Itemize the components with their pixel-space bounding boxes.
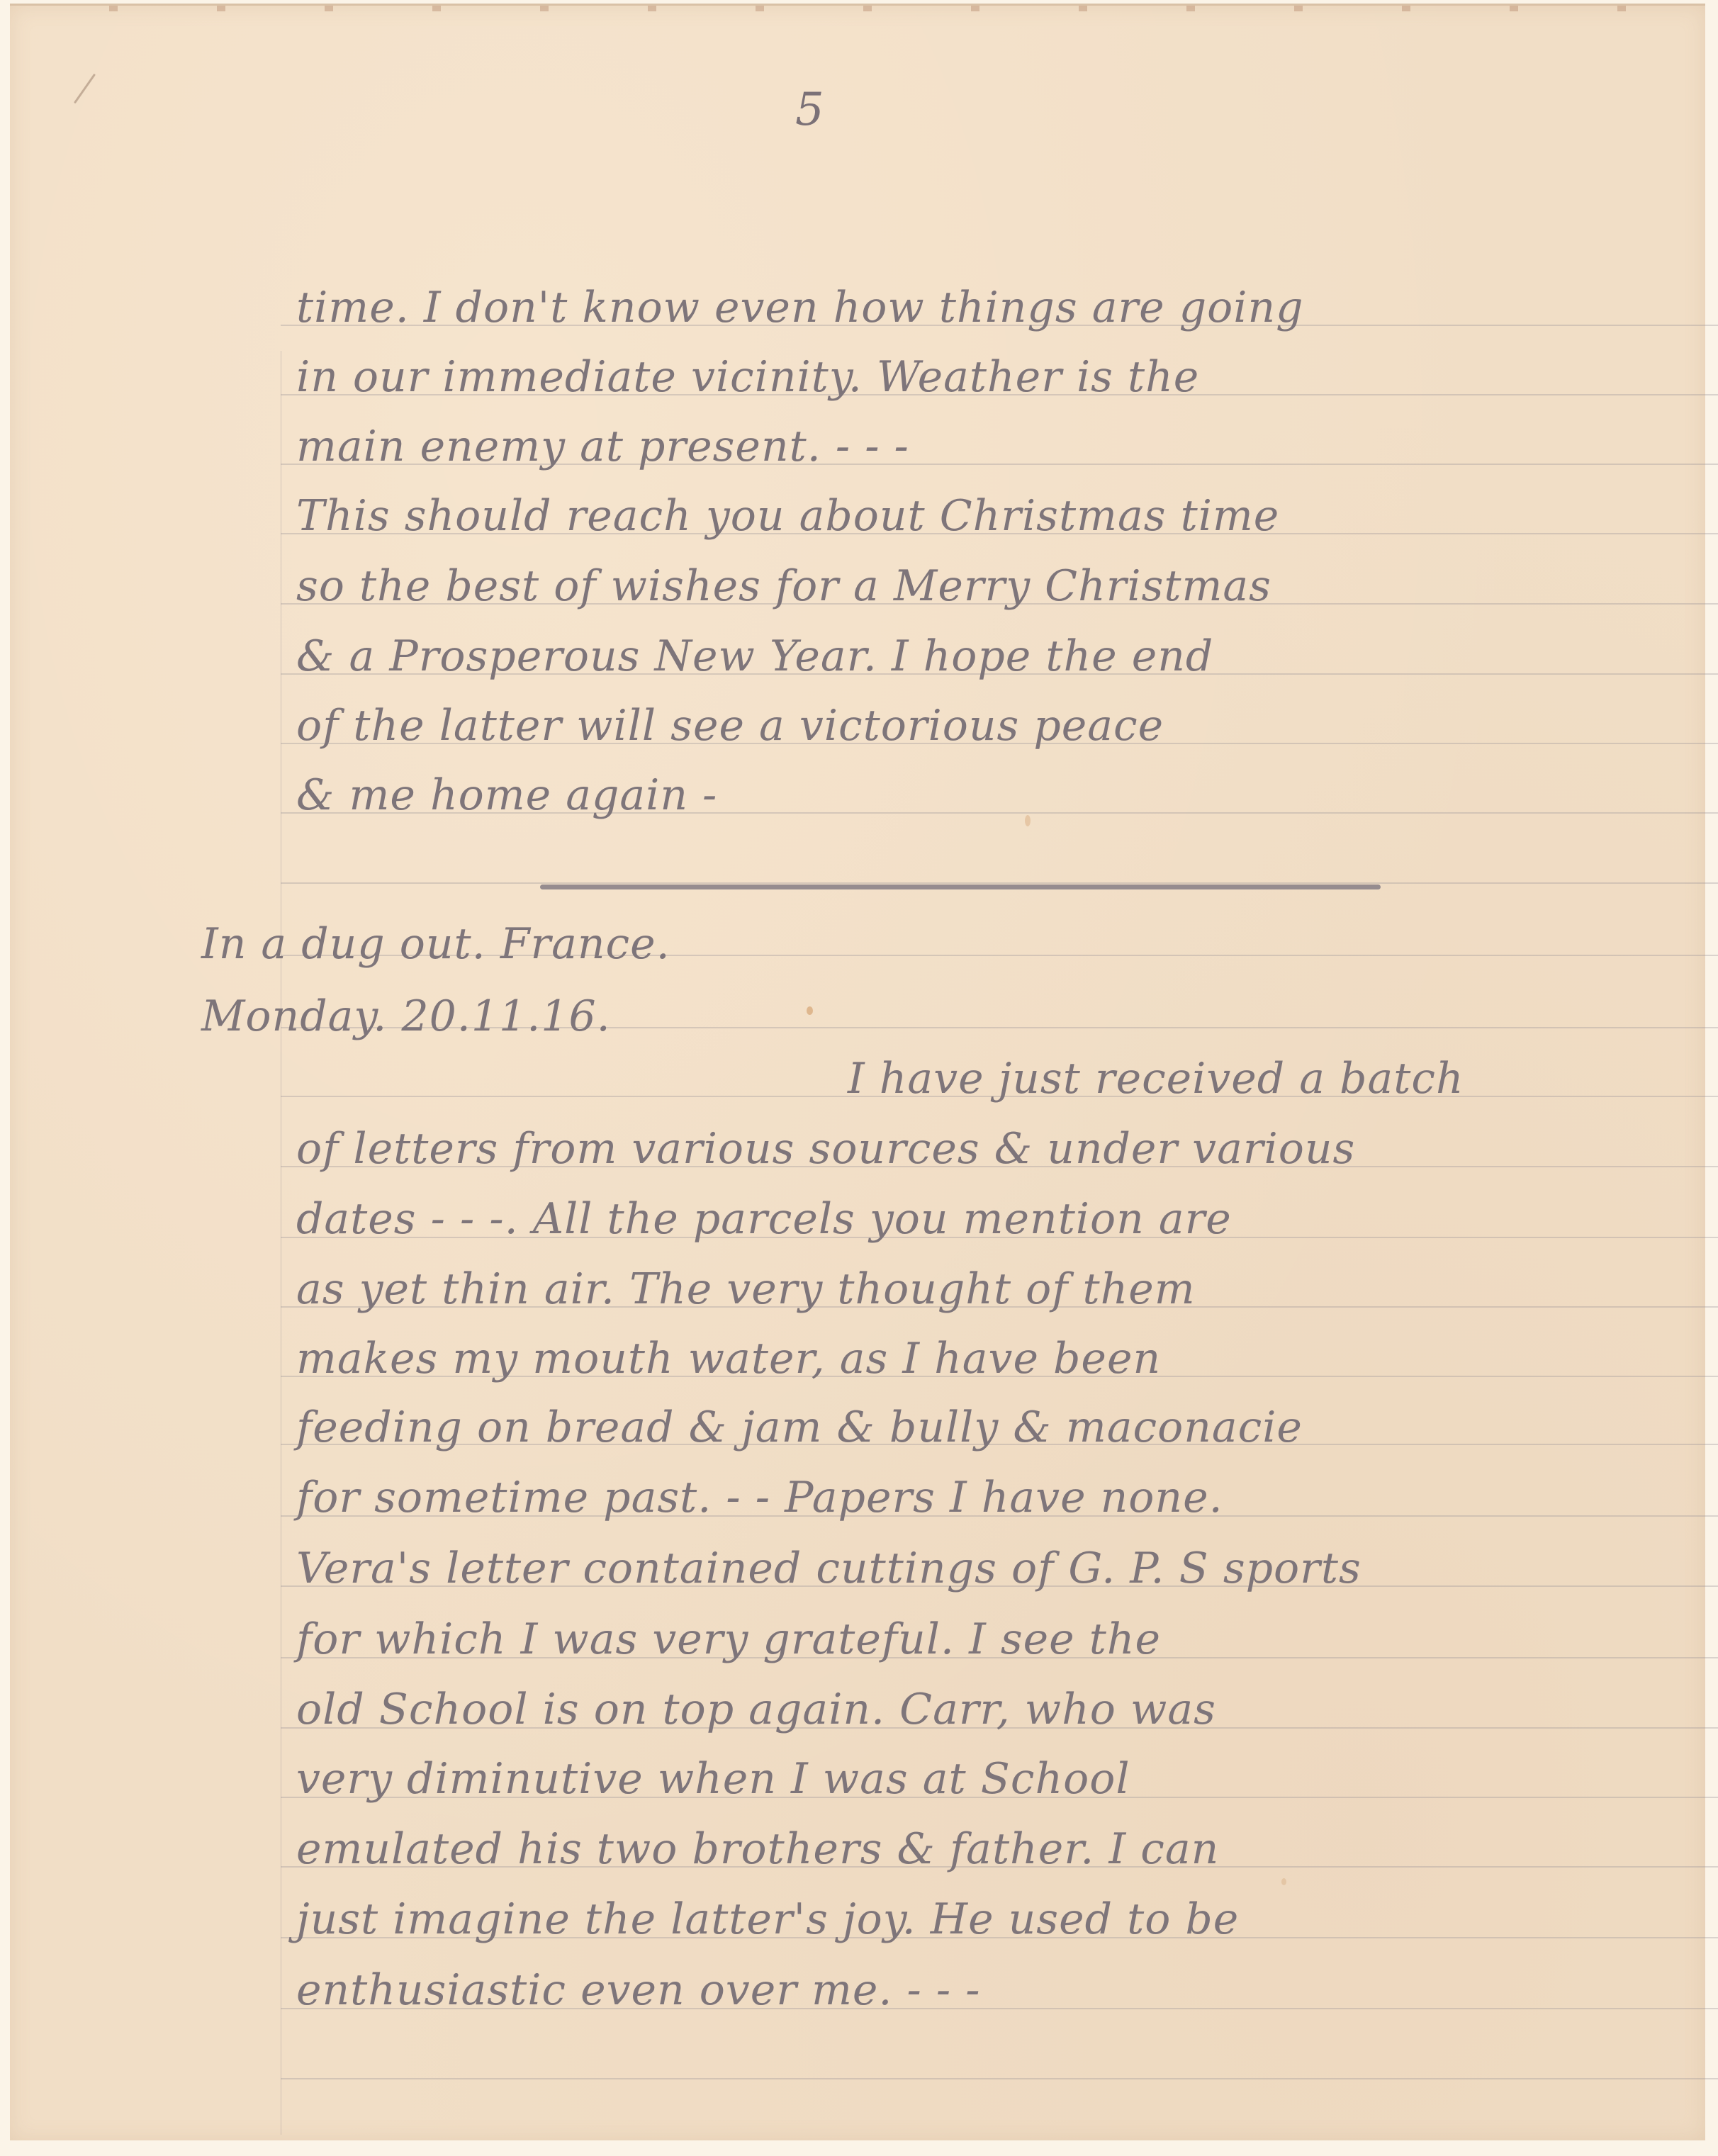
letter-line: dates - - -. All the parcels you mention…	[296, 1198, 1232, 1240]
entry-location: In a dug out. France.	[201, 923, 670, 965]
ink-stain	[1025, 815, 1031, 826]
letter-line: enthusiastic even over me. - - -	[296, 1969, 981, 2011]
page-number: 5	[795, 84, 824, 136]
entry-opening-line: I have just received a batch	[848, 1057, 1464, 1100]
letter-line: & me home again -	[296, 774, 717, 816]
ruled-line	[281, 2078, 1718, 2079]
letter-line: very diminutive when I was at School	[296, 1758, 1130, 1800]
letter-line: feeding on bread & jam & bully & maconac…	[296, 1406, 1303, 1449]
letter-line: for sometime past. - - Papers I have non…	[296, 1476, 1223, 1519]
letter-line: makes my mouth water, as I have been	[296, 1337, 1161, 1380]
letter-line: so the best of wishes for a Merry Christ…	[296, 565, 1271, 607]
section-divider	[540, 885, 1381, 889]
letter-line: This should reach you about Christmas ti…	[296, 495, 1279, 537]
letter-line: just imagine the latter's joy. He used t…	[296, 1898, 1239, 1941]
letter-line: & a Prosperous New Year. I hope the end	[296, 635, 1213, 678]
letter-line: emulated his two brothers & father. I ca…	[296, 1828, 1219, 1870]
letter-line: for which I was very grateful. I see the	[296, 1618, 1161, 1661]
ruled-line	[281, 882, 1718, 884]
letter-line: in our immediate vicinity. Weather is th…	[296, 356, 1199, 398]
paper-top-edge	[10, 6, 1705, 11]
letter-line: as yet thin air. The very thought of the…	[296, 1268, 1196, 1310]
letter-line: of letters from various sources & under …	[296, 1128, 1355, 1170]
letter-line: of the latter will see a victorious peac…	[296, 704, 1164, 747]
letter-line: time. I don't know even how things are g…	[296, 286, 1304, 329]
letter-line: old School is on top again. Carr, who wa…	[296, 1688, 1216, 1731]
letter-line: Vera's letter contained cuttings of G. P…	[296, 1547, 1362, 1590]
letter-line: main enemy at present. - - -	[296, 425, 909, 468]
entry-date: Monday. 20.11.16.	[201, 995, 611, 1038]
ink-stain	[1281, 1878, 1286, 1885]
ink-stain	[807, 1006, 813, 1015]
